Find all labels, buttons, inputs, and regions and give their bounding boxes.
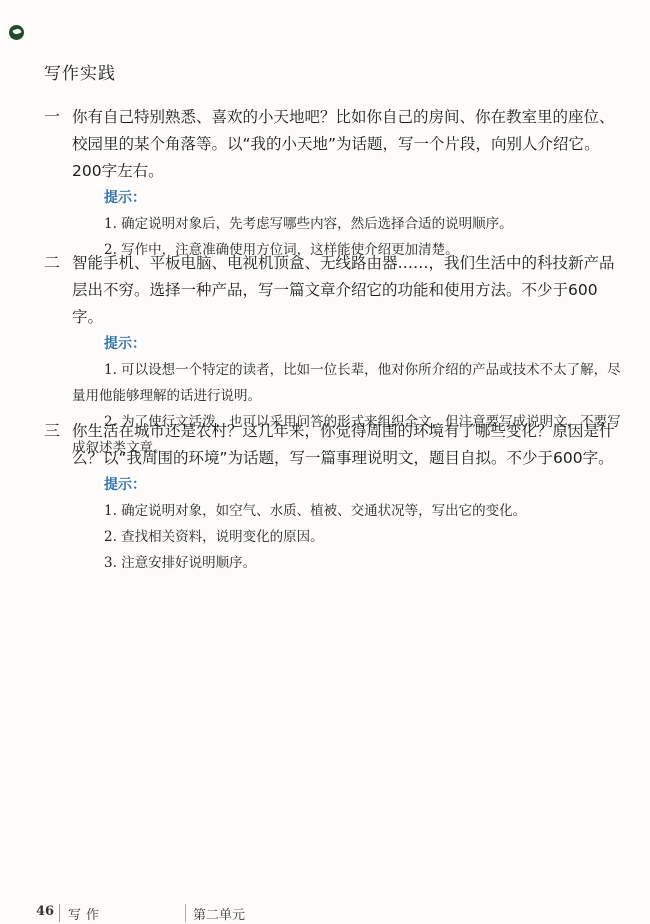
exercise-item-1: 一 你有自己特别熟悉、喜欢的小天地吧？比如你自己的房间、你在教室里的座位、 校园… xyxy=(44,104,624,263)
item-prompt: 你生活在城市还是农村？这几年来，你觉得周围的环境有了哪些变化？原因是什 么？以“… xyxy=(72,418,624,472)
page-number: 46 xyxy=(36,904,54,919)
footer-section-title: 写作 xyxy=(68,904,104,923)
footer-divider xyxy=(185,904,186,922)
hint-label: 提示： xyxy=(104,185,624,211)
item-prompt: 智能手机、平板电脑、电视机顶盒、无线路由器……，我们生活中的科技新产品 层出不穷… xyxy=(72,250,624,331)
prompt-line: 你生活在城市还是农村？这几年来，你觉得周围的环境有了哪些变化？原因是什 xyxy=(72,418,624,445)
section-title: 写作实践 xyxy=(44,59,116,84)
prompt-line: 层出不穷。选择一种产品，写一篇文章介绍它的功能和使用方法。不少于600字。 xyxy=(72,277,624,331)
prompt-line: 你有自己特别熟悉、喜欢的小天地吧？比如你自己的房间、你在教室里的座位、 xyxy=(72,104,624,131)
hint-label: 提示： xyxy=(104,331,624,357)
item-prompt: 你有自己特别熟悉、喜欢的小天地吧？比如你自己的房间、你在教室里的座位、 校园里的… xyxy=(72,104,624,185)
prompt-line: 智能手机、平板电脑、电视机顶盒、无线路由器……，我们生活中的科技新产品 xyxy=(72,250,624,277)
hint-1: 1. 确定说明对象，如空气、水质、植被、交通状况等，写出它的变化。 xyxy=(104,498,624,524)
publisher-logo-icon xyxy=(9,25,24,40)
prompt-line: 200字左右。 xyxy=(72,158,624,185)
hint-2: 2. 查找相关资料，说明变化的原因。 xyxy=(104,524,624,550)
item-number: 三 xyxy=(44,418,60,441)
hint-1: 1. 确定说明对象后，先考虑写哪些内容，然后选择合适的说明顺序。 xyxy=(104,211,624,237)
prompt-line: 校园里的某个角落等。以“我的小天地”为话题，写一个片段，向别人介绍它。 xyxy=(72,131,624,158)
exercise-item-3: 三 你生活在城市还是农村？这几年来，你觉得周围的环境有了哪些变化？原因是什 么？… xyxy=(44,418,624,576)
hint-1: 1. 可以设想一个特定的读者，比如一位长辈，他对你所介绍的产品或技术不太了解，尽… xyxy=(72,357,624,409)
item-number: 一 xyxy=(44,104,60,127)
hint-label: 提示： xyxy=(104,472,624,498)
footer-divider xyxy=(59,904,60,922)
footer-unit: 第二单元 xyxy=(193,904,245,923)
prompt-line: 么？以“我周围的环境”为话题，写一篇事理说明文，题目自拟。不少于600字。 xyxy=(72,445,624,472)
hint-3: 3. 注意安排好说明顺序。 xyxy=(104,550,624,576)
page-footer: 46 写作 第二单元 xyxy=(0,904,650,924)
item-number: 二 xyxy=(44,250,60,273)
